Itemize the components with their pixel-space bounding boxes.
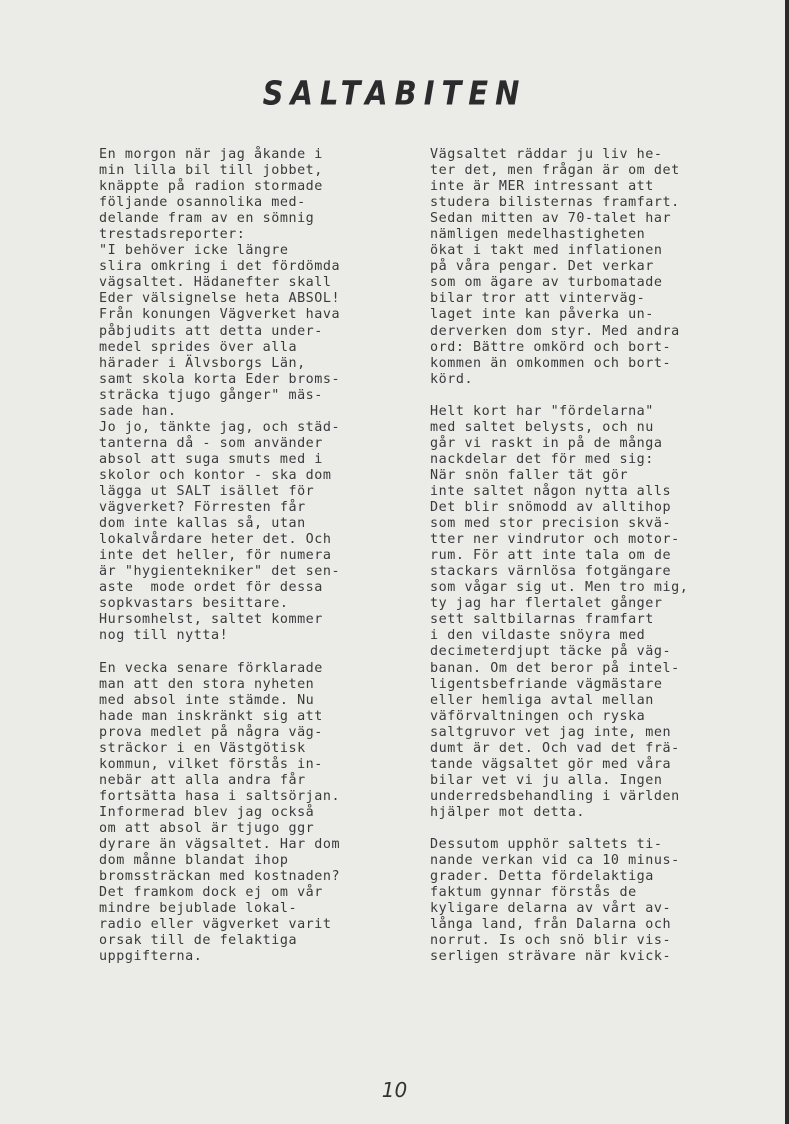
text-line: En vecka senare förklarade bbox=[99, 661, 340, 677]
paragraph: En morgon när jag åkande imin lilla bil … bbox=[99, 147, 340, 644]
text-line: vägsaltet. Hädanefter skall bbox=[99, 275, 340, 291]
text-line: ligentsbefriande vägmästare bbox=[430, 677, 688, 693]
text-line: dumt är det. Och vad det frä- bbox=[430, 741, 688, 757]
text-line: hade man inskränkt sig att bbox=[99, 709, 340, 725]
text-line: med absol inte stämde. Nu bbox=[99, 693, 340, 709]
text-line: Vägsaltet räddar ju liv he- bbox=[430, 147, 688, 163]
text-line: bromssträckan med kostnaden? bbox=[99, 869, 340, 885]
text-line: uppgifterna. bbox=[99, 949, 340, 965]
text-line: nog till nytta! bbox=[99, 628, 340, 644]
text-line: rum. För att inte tala om de bbox=[430, 548, 688, 564]
text-line: vägverket? Förresten får bbox=[99, 500, 340, 516]
text-line: dyrare än vägsaltet. Har dom bbox=[99, 837, 340, 853]
paragraph: Vägsaltet räddar ju liv he-ter det, men … bbox=[430, 147, 688, 388]
text-line: sett saltbilarnas framfart bbox=[430, 612, 688, 628]
text-line: decimeterdjupt täcke på väg- bbox=[430, 644, 688, 660]
page-edge-shadow bbox=[785, 0, 789, 1124]
text-line: sträcka tjugo gånger" mäs- bbox=[99, 388, 340, 404]
text-line: laget inte kan påverka un- bbox=[430, 307, 688, 323]
text-line: norrut. Is och snö blir vis- bbox=[430, 933, 688, 949]
text-line: tanterna då - som använder bbox=[99, 436, 340, 452]
right-column: Vägsaltet räddar ju liv he-ter det, men … bbox=[430, 147, 688, 981]
text-line: min lilla bil till jobbet, bbox=[99, 163, 340, 179]
text-line: trestadsreporter: bbox=[99, 227, 340, 243]
text-line: kommun, vilket förstås in- bbox=[99, 757, 340, 773]
text-line: bilar vet vi ju alla. Ingen bbox=[430, 773, 688, 789]
text-line: eller hemliga avtal mellan bbox=[430, 693, 688, 709]
text-line: tande vägsaltet gör med våra bbox=[430, 757, 688, 773]
text-line: påbjudits att detta under- bbox=[99, 324, 340, 340]
page-number: 10 bbox=[0, 1078, 789, 1102]
text-line: inte saltet någon nytta alls bbox=[430, 484, 688, 500]
text-line: bilar tror att vinterväg- bbox=[430, 291, 688, 307]
text-line: härader i Älvsborgs Län, bbox=[99, 356, 340, 372]
text-line: om att absol är tjugo ggr bbox=[99, 821, 340, 837]
text-line: i den vildaste snöyra med bbox=[430, 628, 688, 644]
text-line: på våra pengar. Det verkar bbox=[430, 259, 688, 275]
text-line: kyligare delarna av vårt av- bbox=[430, 901, 688, 917]
text-line: radio eller vägverket varit bbox=[99, 917, 340, 933]
text-line: skolor och kontor - ska dom bbox=[99, 468, 340, 484]
text-line: dom månne blandat ihop bbox=[99, 853, 340, 869]
text-line: serligen strävare när kvick- bbox=[430, 949, 688, 965]
text-line: som om ägare av turbomatade bbox=[430, 275, 688, 291]
text-line: lägga ut SALT isället för bbox=[99, 484, 340, 500]
text-line: Jo jo, tänkte jag, och städ- bbox=[99, 420, 340, 436]
text-line: kommen än omkommen och bort- bbox=[430, 356, 688, 372]
text-line: faktum gynnar förstås de bbox=[430, 885, 688, 901]
text-line: som vågar sig ut. Men tro mig, bbox=[430, 580, 688, 596]
text-line: sopkvastars besittare. bbox=[99, 596, 340, 612]
text-line: man att den stora nyheten bbox=[99, 677, 340, 693]
text-line: ord: Bättre omkörd och bort- bbox=[430, 340, 688, 356]
text-line: knäppte på radion stormade bbox=[99, 179, 340, 195]
text-line: väförvaltningen och ryska bbox=[430, 709, 688, 725]
text-line: Helt kort har "fördelarna" bbox=[430, 404, 688, 420]
text-line: som med stor precision skvä- bbox=[430, 516, 688, 532]
paragraph: Helt kort har "fördelarna"med saltet bel… bbox=[430, 404, 688, 821]
text-line: inte är MER intressant att bbox=[430, 179, 688, 195]
text-line: En morgon när jag åkande i bbox=[99, 147, 340, 163]
text-line: Hursomhelst, saltet kommer bbox=[99, 612, 340, 628]
paragraph: En vecka senare förklarademan att den st… bbox=[99, 661, 340, 966]
text-line: ter det, men frågan är om det bbox=[430, 163, 688, 179]
paragraph: Dessutom upphör saltets ti-nande verkan … bbox=[430, 837, 688, 965]
text-line: sträckor i en Västgötisk bbox=[99, 741, 340, 757]
text-line: stackars värnlösa fotgängare bbox=[430, 564, 688, 580]
text-line: följande osannolika med- bbox=[99, 195, 340, 211]
text-line: nackdelar det för med sig: bbox=[430, 452, 688, 468]
text-line: Informerad blev jag också bbox=[99, 805, 340, 821]
text-line: nande verkan vid ca 10 minus- bbox=[430, 853, 688, 869]
text-line: hjälper mot detta. bbox=[430, 805, 688, 821]
text-line: derverken dom styr. Med andra bbox=[430, 324, 688, 340]
text-line: Dessutom upphör saltets ti- bbox=[430, 837, 688, 853]
text-line: absol att suga smuts med i bbox=[99, 452, 340, 468]
text-line: Det blir snömodd av alltihop bbox=[430, 500, 688, 516]
text-line: banan. Om det beror på intel- bbox=[430, 661, 688, 677]
text-line: lokalvårdare heter det. Och bbox=[99, 532, 340, 548]
text-line: fortsätta hasa i saltsörjan. bbox=[99, 789, 340, 805]
text-line: prova medlet på några väg- bbox=[99, 725, 340, 741]
text-line: går vi raskt in på de många bbox=[430, 436, 688, 452]
text-line: samt skola korta Eder broms- bbox=[99, 372, 340, 388]
text-line: När snön faller tät gör bbox=[430, 468, 688, 484]
text-line: medel sprides över alla bbox=[99, 340, 340, 356]
text-line: Sedan mitten av 70-talet har bbox=[430, 211, 688, 227]
text-line: sade han. bbox=[99, 404, 340, 420]
text-line: Eder välsignelse heta ABSOL! bbox=[99, 291, 340, 307]
text-line: mindre bejublade lokal- bbox=[99, 901, 340, 917]
text-line: ty jag har flertalet gånger bbox=[430, 596, 688, 612]
text-line: nämligen medelhastigheten bbox=[430, 227, 688, 243]
text-line: körd. bbox=[430, 372, 688, 388]
text-line: delande fram av en sömnig bbox=[99, 211, 340, 227]
text-line: nebär att alla andra får bbox=[99, 773, 340, 789]
text-line: dom inte kallas så, utan bbox=[99, 516, 340, 532]
text-line: tter ner vindrutor och motor- bbox=[430, 532, 688, 548]
article-title: SALTABITEN bbox=[0, 73, 789, 112]
text-line: ökat i takt med inflationen bbox=[430, 243, 688, 259]
text-line: underredsbehandling i världen bbox=[430, 789, 688, 805]
text-line: studera bilisternas framfart. bbox=[430, 195, 688, 211]
text-line: långa land, från Dalarna och bbox=[430, 917, 688, 933]
text-line: inte det heller, för numera bbox=[99, 548, 340, 564]
text-line: orsak till de felaktiga bbox=[99, 933, 340, 949]
text-line: grader. Detta fördelaktiga bbox=[430, 869, 688, 885]
left-column: En morgon när jag åkande imin lilla bil … bbox=[99, 147, 340, 981]
text-line: Det framkom dock ej om vår bbox=[99, 885, 340, 901]
text-line: med saltet belysts, och nu bbox=[430, 420, 688, 436]
text-line: saltgruvor vet jag inte, men bbox=[430, 725, 688, 741]
text-line: slira omkring i det fördömda bbox=[99, 259, 340, 275]
text-line: aste mode ordet för dessa bbox=[99, 580, 340, 596]
text-line: "I behöver icke längre bbox=[99, 243, 340, 259]
text-line: är "hygientekniker" det sen- bbox=[99, 564, 340, 580]
text-line: Från konungen Vägverket hava bbox=[99, 307, 340, 323]
